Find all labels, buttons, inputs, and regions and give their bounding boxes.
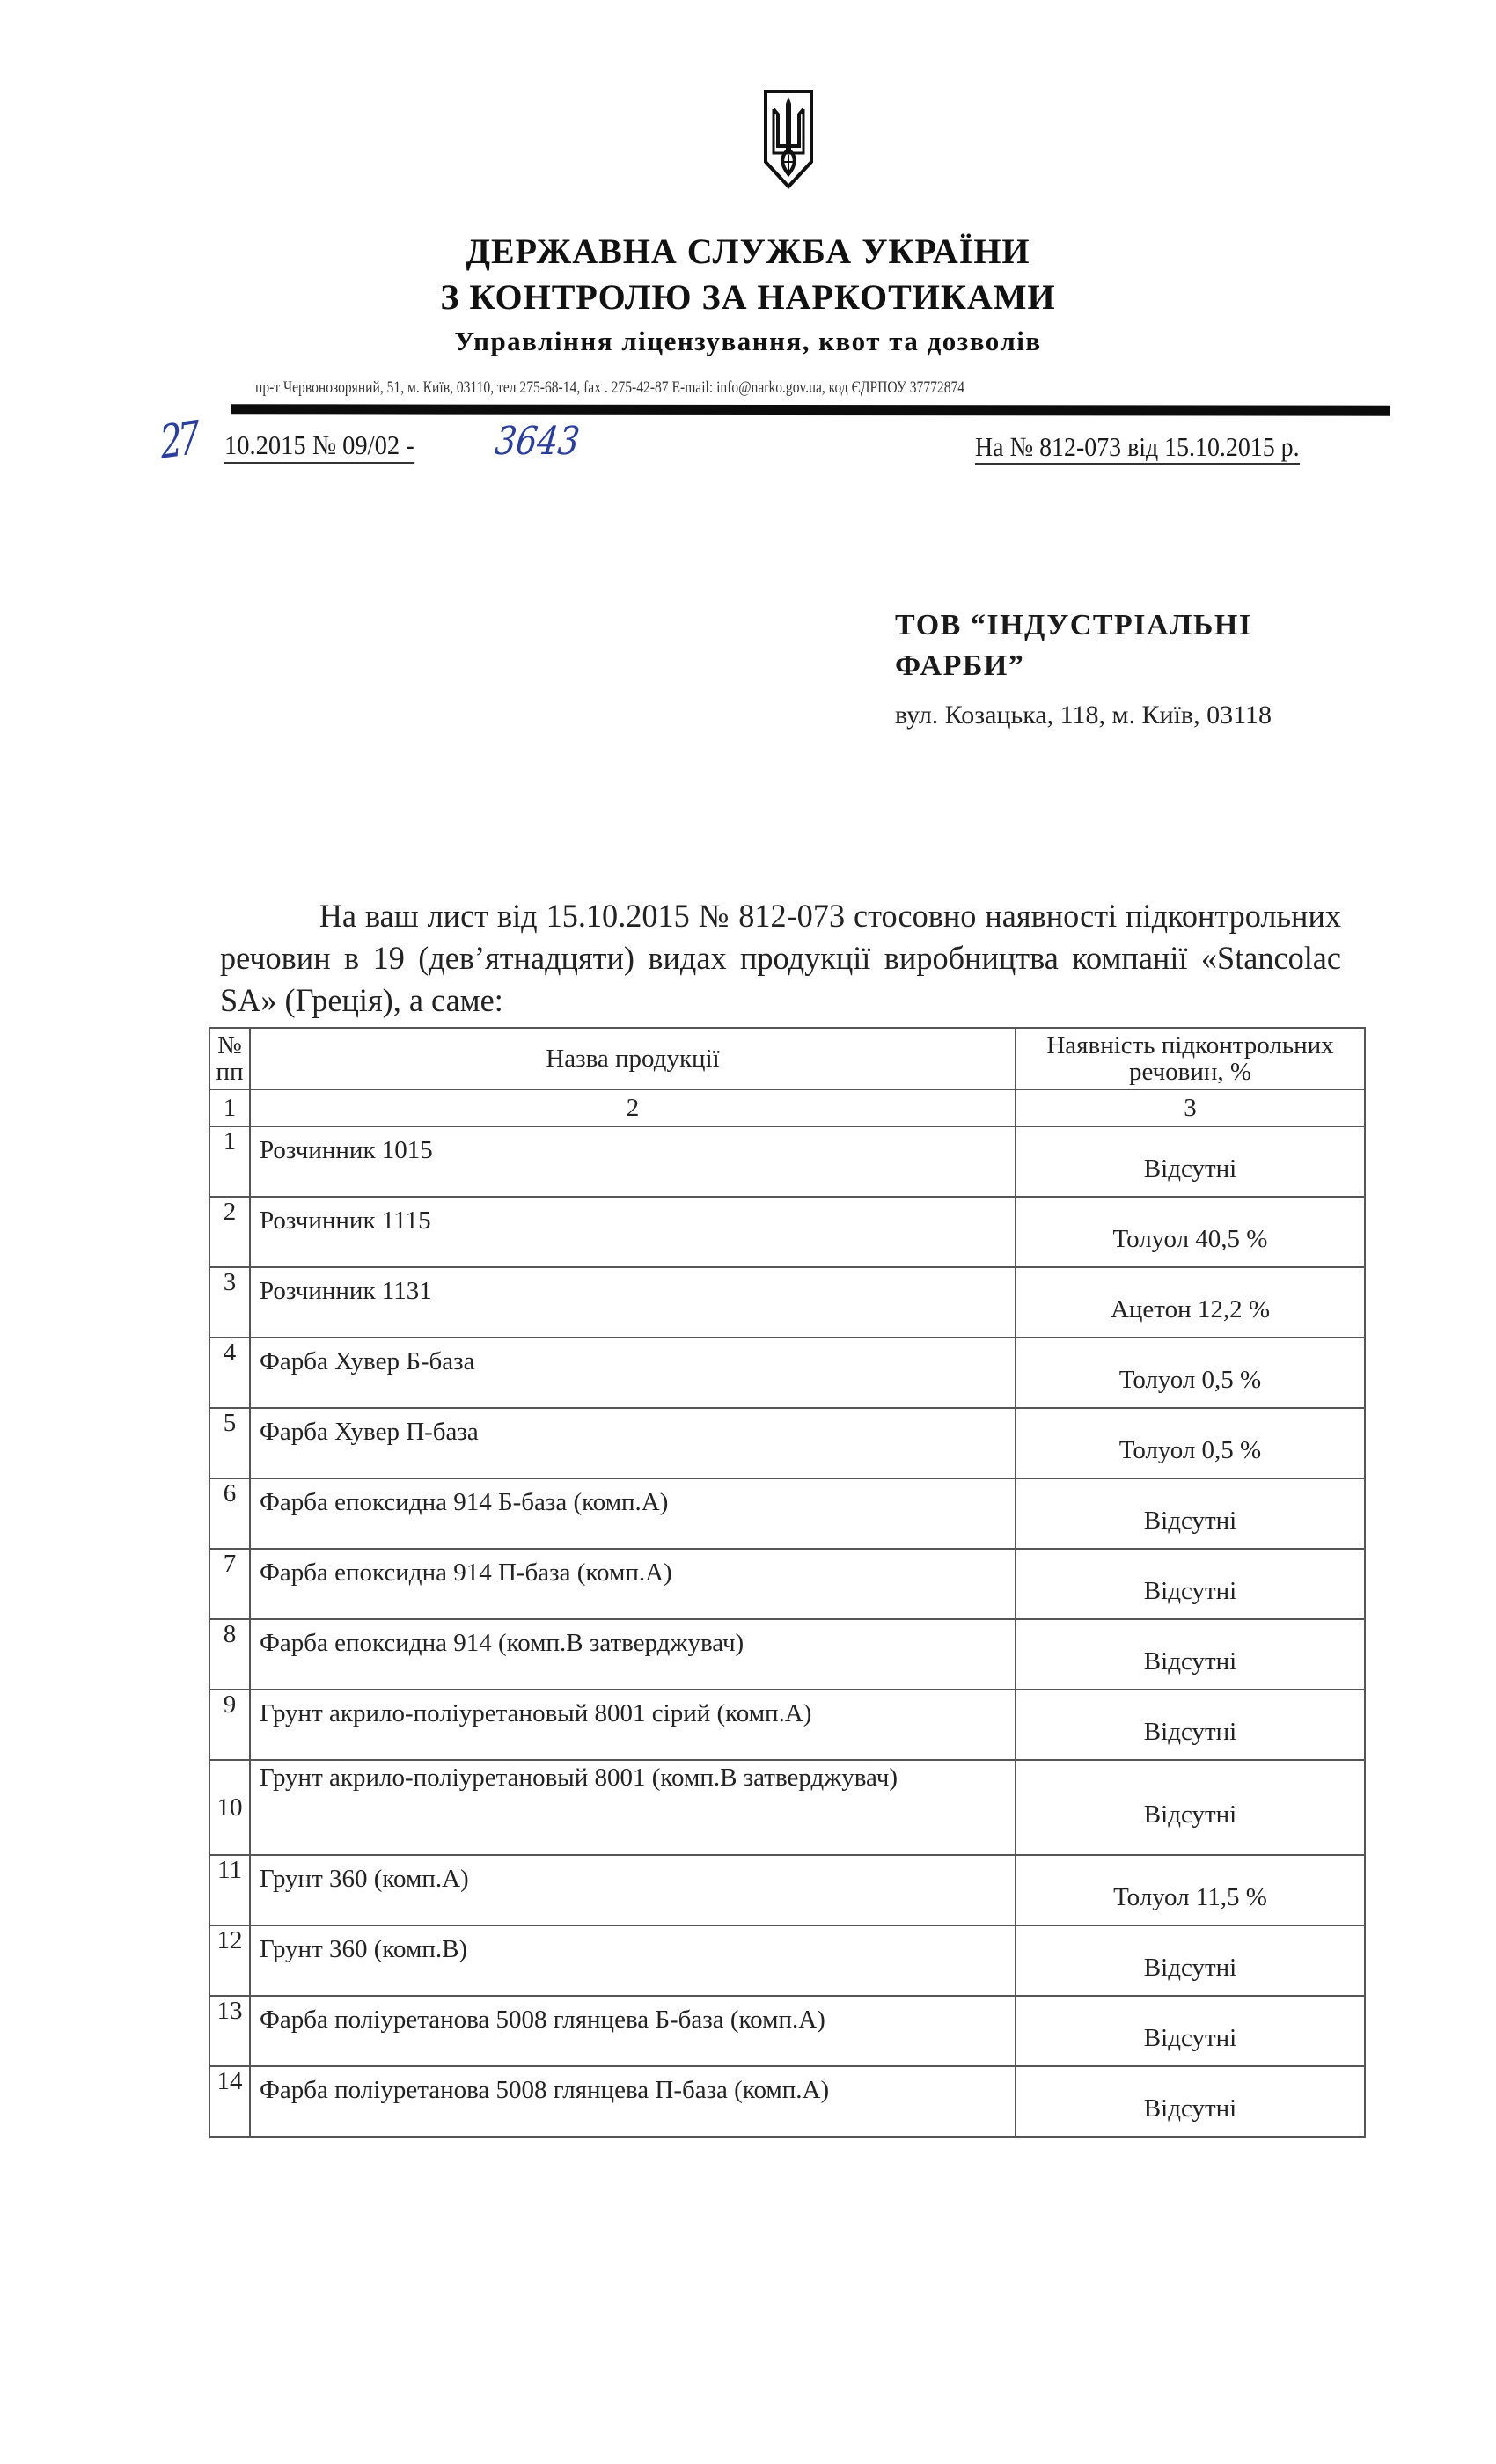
- table-row: 8Фарба епоксидна 914 (комп.В затверджува…: [209, 1619, 1365, 1690]
- substance-content: Толуол 0,5 %: [1016, 1338, 1365, 1408]
- product-name: Розчинник 1015: [250, 1126, 1016, 1197]
- substance-content: Ацетон 12,2 %: [1016, 1267, 1365, 1338]
- product-name: Фарба Хувер Б-база: [250, 1338, 1016, 1408]
- letterhead-divider: [231, 404, 1390, 415]
- org-name-line2: З КОНТРОЛЮ ЗА НАРКОТИКАМИ: [0, 276, 1496, 318]
- table-row: 10Грунт акрило-поліуретановый 8001 (комп…: [209, 1760, 1365, 1855]
- table-row: 6Фарба епоксидна 914 Б-база (комп.А)Відс…: [209, 1478, 1365, 1549]
- recipient-block: ТОВ “ІНДУСТРІАЛЬНІ ФАРБИ” вул. Козацька,…: [895, 605, 1353, 730]
- table-row: 7Фарба епоксидна 914 П-база (комп.А)Відс…: [209, 1549, 1365, 1619]
- column-number: 2: [250, 1089, 1016, 1126]
- substance-content: Відсутні: [1016, 1619, 1365, 1690]
- row-number: 9: [209, 1690, 250, 1760]
- header-product-name: Назва продукції: [250, 1028, 1016, 1089]
- row-number: 14: [209, 2066, 250, 2137]
- table-row: 2Розчинник 1115Толуол 40,5 %: [209, 1197, 1365, 1267]
- column-number-row: 1 2 3: [209, 1089, 1365, 1126]
- table-row: 4Фарба Хувер Б-базаТолуол 0,5 %: [209, 1338, 1365, 1408]
- table-row: 5Фарба Хувер П-базаТолуол 0,5 %: [209, 1408, 1365, 1478]
- product-name: Фарба епоксидна 914 (комп.В затверджувач…: [250, 1619, 1016, 1690]
- row-number: 11: [209, 1855, 250, 1925]
- row-number: 10: [209, 1760, 250, 1855]
- product-name: Розчинник 1115: [250, 1197, 1016, 1267]
- row-number: 5: [209, 1408, 250, 1478]
- outgoing-reference: 27 10.2015 № 09/02 - 3643: [158, 421, 651, 473]
- row-number: 1: [209, 1126, 250, 1197]
- row-number: 7: [209, 1549, 250, 1619]
- product-name: Грунт 360 (комп.В): [250, 1925, 1016, 1996]
- handwritten-number: 3643: [493, 419, 582, 464]
- column-number: 3: [1016, 1089, 1365, 1126]
- product-name: Грунт акрило-поліуретановый 8001 сірий (…: [250, 1690, 1016, 1760]
- incoming-reference: На № 812-073 від 15.10.2015 р.: [975, 431, 1300, 465]
- recipient-address: вул. Козацька, 118, м. Київ, 03118: [895, 700, 1353, 730]
- product-name: Фарба епоксидна 914 П-база (комп.А): [250, 1549, 1016, 1619]
- product-name: Фарба поліуретанова 5008 глянцева П-база…: [250, 2066, 1016, 2137]
- substance-content: Відсутні: [1016, 1760, 1365, 1855]
- row-number: 6: [209, 1478, 250, 1549]
- row-number: 12: [209, 1925, 250, 1996]
- department-name: Управління ліцензування, квот та дозволі…: [0, 326, 1496, 357]
- products-table: № пп Назва продукції Наявність підконтро…: [209, 1027, 1366, 2138]
- row-number: 3: [209, 1267, 250, 1338]
- table-row: 14Фарба поліуретанова 5008 глянцева П-ба…: [209, 2066, 1365, 2137]
- table-row: 3Розчинник 1131Ацетон 12,2 %: [209, 1267, 1365, 1338]
- table-header-row: № пп Назва продукції Наявність підконтро…: [209, 1028, 1365, 1089]
- table-row: 13Фарба поліуретанова 5008 глянцева Б-ба…: [209, 1996, 1365, 2066]
- org-name-line1: ДЕРЖАВНА СЛУЖБА УКРАЇНИ: [0, 231, 1496, 272]
- row-number: 4: [209, 1338, 250, 1408]
- substance-content: Відсутні: [1016, 2066, 1365, 2137]
- letter-body: На ваш лист від 15.10.2015 № 812-073 сто…: [220, 896, 1341, 1023]
- product-name: Фарба Хувер П-база: [250, 1408, 1016, 1478]
- substance-content: Відсутні: [1016, 1126, 1365, 1197]
- table-row: 11Грунт 360 (комп.А)Толуол 11,5 %: [209, 1855, 1365, 1925]
- substance-content: Відсутні: [1016, 1925, 1365, 1996]
- product-name: Фарба поліуретанова 5008 глянцева Б-база…: [250, 1996, 1016, 2066]
- recipient-name: ТОВ “ІНДУСТРІАЛЬНІ ФАРБИ”: [895, 605, 1353, 686]
- substance-content: Толуол 11,5 %: [1016, 1855, 1365, 1925]
- table-row: 1Розчинник 1015Відсутні: [209, 1126, 1365, 1197]
- table-row: 9Грунт акрило-поліуретановый 8001 сірий …: [209, 1690, 1365, 1760]
- product-name: Грунт 360 (комп.А): [250, 1855, 1016, 1925]
- substance-content: Відсутні: [1016, 1690, 1365, 1760]
- org-contacts: пр-т Червонозоряний, 51, м. Київ, 03110,…: [255, 378, 1143, 398]
- product-name: Розчинник 1131: [250, 1267, 1016, 1338]
- substance-content: Відсутні: [1016, 1478, 1365, 1549]
- handwritten-day: 27: [158, 412, 198, 469]
- row-number: 13: [209, 1996, 250, 2066]
- substance-content: Відсутні: [1016, 1549, 1365, 1619]
- substance-content: Відсутні: [1016, 1996, 1365, 2066]
- header-substances: Наявність підконтрольних речовин, %: [1016, 1028, 1365, 1089]
- substance-content: Толуол 40,5 %: [1016, 1197, 1365, 1267]
- substance-content: Толуол 0,5 %: [1016, 1408, 1365, 1478]
- trident-coat-of-arms-icon: [762, 88, 815, 192]
- row-number: 8: [209, 1619, 250, 1690]
- row-number: 2: [209, 1197, 250, 1267]
- table-row: 12Грунт 360 (комп.В)Відсутні: [209, 1925, 1365, 1996]
- product-name: Фарба епоксидна 914 Б-база (комп.А): [250, 1478, 1016, 1549]
- outgoing-number-printed: 10.2015 № 09/02 -: [224, 429, 414, 464]
- product-name: Грунт акрило-поліуретановый 8001 (комп.В…: [250, 1760, 1016, 1855]
- header-number: № пп: [209, 1028, 250, 1089]
- column-number: 1: [209, 1089, 250, 1126]
